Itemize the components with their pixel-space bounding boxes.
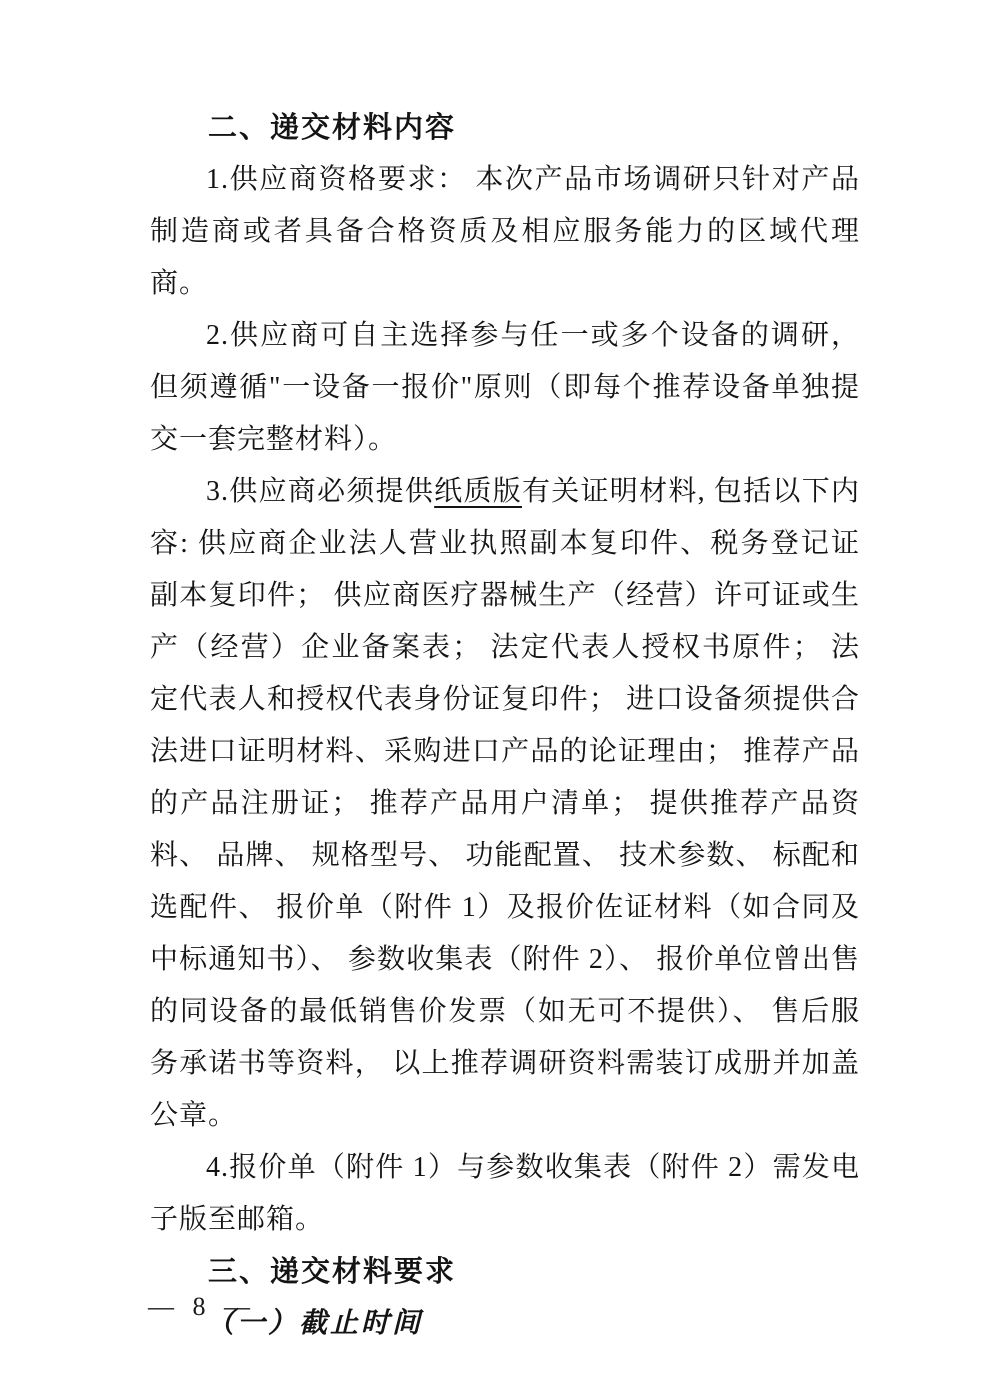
- paragraph-supplier-qualification: 1.供应商资格要求： 本次产品市场调研只针对产品制造商或者具备合格资质及相应服务…: [150, 154, 860, 310]
- paragraph-3-continuation: 有关证明材料, 包括以下内容: 供应商企业法人营业执照副本复印件、税务登记证副本…: [150, 476, 860, 1131]
- paragraph-3-prefix: 3.供应商必须提供: [206, 476, 434, 507]
- section-heading-2: 二、递交材料内容: [150, 102, 860, 154]
- paragraph-electronic-copy: 4.报价单（附件 1）与参数收集表（附件 2）需发电子版至邮箱。: [150, 1142, 860, 1246]
- section-heading-3: 三、递交材料要求: [150, 1246, 860, 1298]
- document-page: 二、递交材料内容 1.供应商资格要求： 本次产品市场调研只针对产品制造商或者具备…: [0, 0, 1000, 1395]
- paragraph-one-device-one-quote: 2.供应商可自主选择参与任一或多个设备的调研， 但须遵循"一设备一报价"原则（即…: [150, 310, 860, 466]
- subsection-heading-deadline: （一）截止时间: [150, 1298, 860, 1350]
- document-body: 二、递交材料内容 1.供应商资格要求： 本次产品市场调研只针对产品制造商或者具备…: [150, 102, 860, 1350]
- page-number: — 8 —: [148, 1292, 256, 1322]
- paragraph-required-paper-materials: 3.供应商必须提供纸质版有关证明材料, 包括以下内容: 供应商企业法人营业执照副…: [150, 466, 860, 1142]
- paper-version-underlined-text: 纸质版: [434, 476, 522, 507]
